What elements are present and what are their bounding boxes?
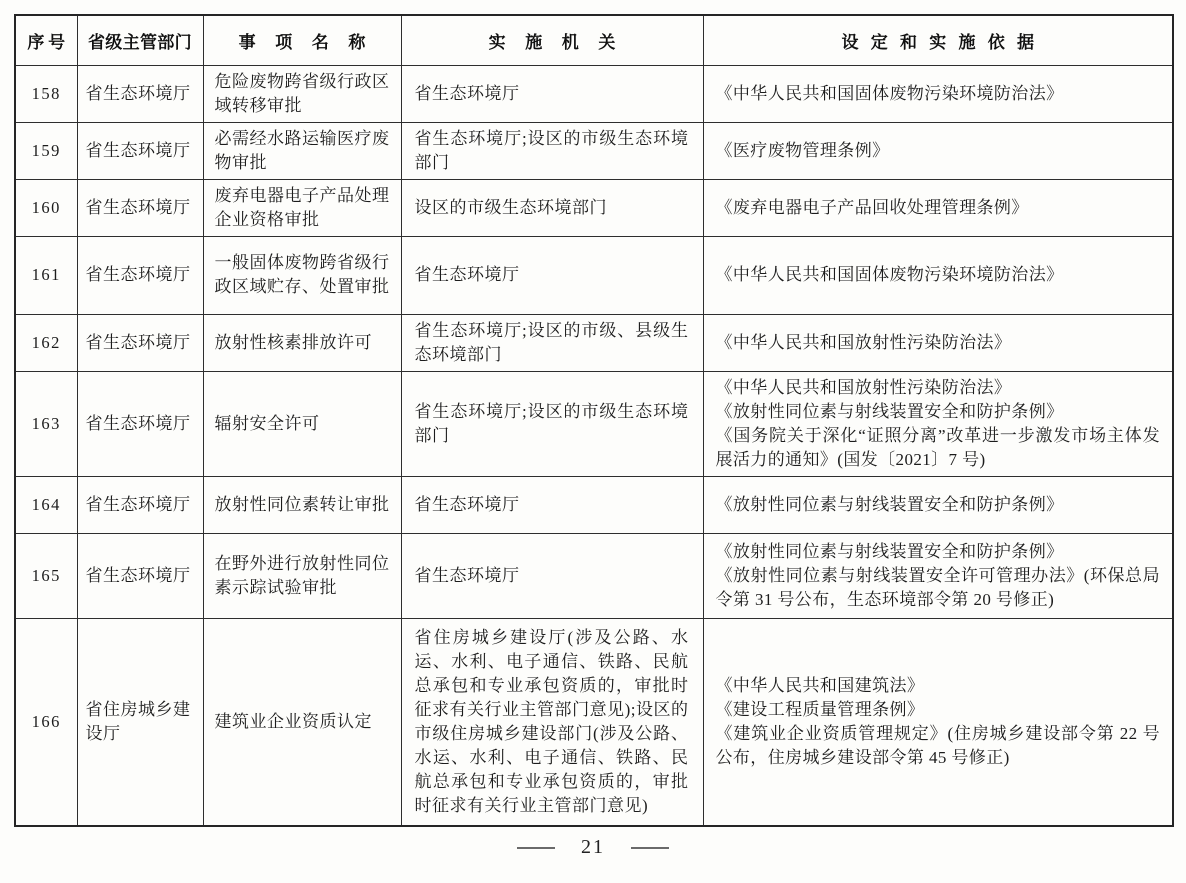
- implementing-agency-cell: 省生态环境厅;设区的市级生态环境部门: [401, 371, 703, 476]
- table-row: 166省住房城乡建设厅建筑业企业资质认定省住房城乡建设厅(涉及公路、水运、水利、…: [15, 618, 1173, 826]
- legal-basis-cell: 《废弃电器电子产品回收处理管理条例》: [703, 179, 1173, 236]
- table-row: 162省生态环境厅放射性核素排放许可省生态环境厅;设区的市级、县级生态环境部门《…: [15, 314, 1173, 371]
- item-name-cell: 必需经水路运输医疗废物审批: [203, 122, 401, 179]
- row-serial-number: 162: [15, 314, 77, 371]
- legal-basis-line: 《放射性同位素与射线装置安全和防护条例》: [716, 400, 1161, 424]
- column-header-department: 省级主管部门: [77, 15, 203, 65]
- legal-basis-line: 《中华人民共和国固体废物污染环境防治法》: [716, 82, 1161, 106]
- legal-basis-cell: 《放射性同位素与射线装置安全和防护条例》: [703, 476, 1173, 533]
- item-name-cell: 在野外进行放射性同位素示踪试验审批: [203, 533, 401, 618]
- column-header-department-label: 省级主管部门: [88, 33, 192, 52]
- row-serial-number: 159: [15, 122, 77, 179]
- legal-basis-line: 《放射性同位素与射线装置安全许可管理办法》(环保总局令第 31 号公布，生态环境…: [716, 564, 1161, 612]
- legal-basis-line: 《建筑业企业资质管理规定》(住房城乡建设部令第 22 号公布，住房城乡建设部令第…: [716, 722, 1161, 770]
- row-serial-number: 166: [15, 618, 77, 826]
- implementing-agency-cell: 省住房城乡建设厅(涉及公路、水运、水利、电子通信、铁路、民航总承包和专业承包资质…: [401, 618, 703, 826]
- department-cell: 省住房城乡建设厅: [77, 618, 203, 826]
- department-cell: 省生态环境厅: [77, 533, 203, 618]
- item-name-cell: 放射性同位素转让审批: [203, 476, 401, 533]
- column-header-agency-label: 实施机关: [489, 33, 635, 52]
- implementing-agency-cell: 省生态环境厅;设区的市级生态环境部门: [401, 122, 703, 179]
- implementing-agency-cell: 省生态环境厅: [401, 65, 703, 122]
- table-row: 164省生态环境厅放射性同位素转让审批省生态环境厅《放射性同位素与射线装置安全和…: [15, 476, 1173, 533]
- table-row: 161省生态环境厅一般固体废物跨省级行政区域贮存、处置审批省生态环境厅《中华人民…: [15, 236, 1173, 314]
- legal-basis-cell: 《中华人民共和国建筑法》《建设工程质量管理条例》《建筑业企业资质管理规定》(住房…: [703, 618, 1173, 826]
- footer-dash-left: [517, 847, 555, 849]
- department-cell: 省生态环境厅: [77, 314, 203, 371]
- legal-basis-line: 《中华人民共和国放射性污染防治法》: [716, 331, 1161, 355]
- column-header-basis: 设定和实施依据: [703, 15, 1173, 65]
- department-cell: 省生态环境厅: [77, 476, 203, 533]
- row-serial-number: 164: [15, 476, 77, 533]
- department-cell: 省生态环境厅: [77, 122, 203, 179]
- row-serial-number: 163: [15, 371, 77, 476]
- legal-basis-line: 《中华人民共和国放射性污染防治法》: [716, 376, 1161, 400]
- column-header-item-name-label: 事项名称: [239, 33, 385, 52]
- implementing-agency-cell: 设区的市级生态环境部门: [401, 179, 703, 236]
- implementing-agency-cell: 省生态环境厅: [401, 476, 703, 533]
- table-row: 159省生态环境厅必需经水路运输医疗废物审批省生态环境厅;设区的市级生态环境部门…: [15, 122, 1173, 179]
- page-footer: 21: [0, 836, 1186, 859]
- legal-basis-line: 《建设工程质量管理条例》: [716, 698, 1161, 722]
- legal-basis-cell: 《医疗废物管理条例》: [703, 122, 1173, 179]
- legal-basis-line: 《放射性同位素与射线装置安全和防护条例》: [716, 540, 1161, 564]
- department-cell: 省生态环境厅: [77, 371, 203, 476]
- column-header-basis-label: 设定和实施依据: [842, 33, 1047, 52]
- legal-basis-cell: 《放射性同位素与射线装置安全和防护条例》《放射性同位素与射线装置安全许可管理办法…: [703, 533, 1173, 618]
- legal-basis-line: 《废弃电器电子产品回收处理管理条例》: [716, 196, 1161, 220]
- column-header-agency: 实施机关: [401, 15, 703, 65]
- department-cell: 省生态环境厅: [77, 179, 203, 236]
- legal-basis-line: 《中华人民共和国固体废物污染环境防治法》: [716, 263, 1161, 287]
- row-serial-number: 158: [15, 65, 77, 122]
- legal-basis-cell: 《中华人民共和国放射性污染防治法》: [703, 314, 1173, 371]
- column-header-item-name: 事项名称: [203, 15, 401, 65]
- department-cell: 省生态环境厅: [77, 65, 203, 122]
- legal-basis-line: 《中华人民共和国建筑法》: [716, 674, 1161, 698]
- table-row: 158省生态环境厅危险废物跨省级行政区域转移审批省生态环境厅《中华人民共和国固体…: [15, 65, 1173, 122]
- row-serial-number: 161: [15, 236, 77, 314]
- item-name-cell: 辐射安全许可: [203, 371, 401, 476]
- implementing-agency-cell: 省生态环境厅: [401, 533, 703, 618]
- implementing-agency-cell: 省生态环境厅;设区的市级、县级生态环境部门: [401, 314, 703, 371]
- table-row: 165省生态环境厅在野外进行放射性同位素示踪试验审批省生态环境厅《放射性同位素与…: [15, 533, 1173, 618]
- legal-basis-cell: 《中华人民共和国固体废物污染环境防治法》: [703, 236, 1173, 314]
- item-name-cell: 建筑业企业资质认定: [203, 618, 401, 826]
- row-serial-number: 165: [15, 533, 77, 618]
- legal-basis-cell: 《中华人民共和国放射性污染防治法》《放射性同位素与射线装置安全和防护条例》《国务…: [703, 371, 1173, 476]
- header-row: 序号 省级主管部门 事项名称 实施机关 设定和实施依据: [15, 15, 1173, 65]
- department-cell: 省生态环境厅: [77, 236, 203, 314]
- table-row: 160省生态环境厅废弃电器电子产品处理企业资格审批设区的市级生态环境部门《废弃电…: [15, 179, 1173, 236]
- approval-items-table: 序号 省级主管部门 事项名称 实施机关 设定和实施依据 158省生态环境厅危险废…: [14, 14, 1174, 827]
- implementing-agency-cell: 省生态环境厅: [401, 236, 703, 314]
- row-serial-number: 160: [15, 179, 77, 236]
- legal-basis-cell: 《中华人民共和国固体废物污染环境防治法》: [703, 65, 1173, 122]
- column-header-serial-label: 序号: [27, 33, 68, 52]
- legal-basis-line: 《放射性同位素与射线装置安全和防护条例》: [716, 493, 1161, 517]
- document-page: 序号 省级主管部门 事项名称 实施机关 设定和实施依据 158省生态环境厅危险废…: [0, 0, 1186, 883]
- footer-dash-right: [631, 847, 669, 849]
- table-row: 163省生态环境厅辐射安全许可省生态环境厅;设区的市级生态环境部门《中华人民共和…: [15, 371, 1173, 476]
- column-header-serial: 序号: [15, 15, 77, 65]
- legal-basis-line: 《医疗废物管理条例》: [716, 139, 1161, 163]
- item-name-cell: 放射性核素排放许可: [203, 314, 401, 371]
- legal-basis-line: 《国务院关于深化“证照分离”改革进一步激发市场主体发展活力的通知》(国发〔202…: [716, 424, 1161, 472]
- item-name-cell: 一般固体废物跨省级行政区域贮存、处置审批: [203, 236, 401, 314]
- item-name-cell: 危险废物跨省级行政区域转移审批: [203, 65, 401, 122]
- page-number: 21: [581, 836, 605, 859]
- item-name-cell: 废弃电器电子产品处理企业资格审批: [203, 179, 401, 236]
